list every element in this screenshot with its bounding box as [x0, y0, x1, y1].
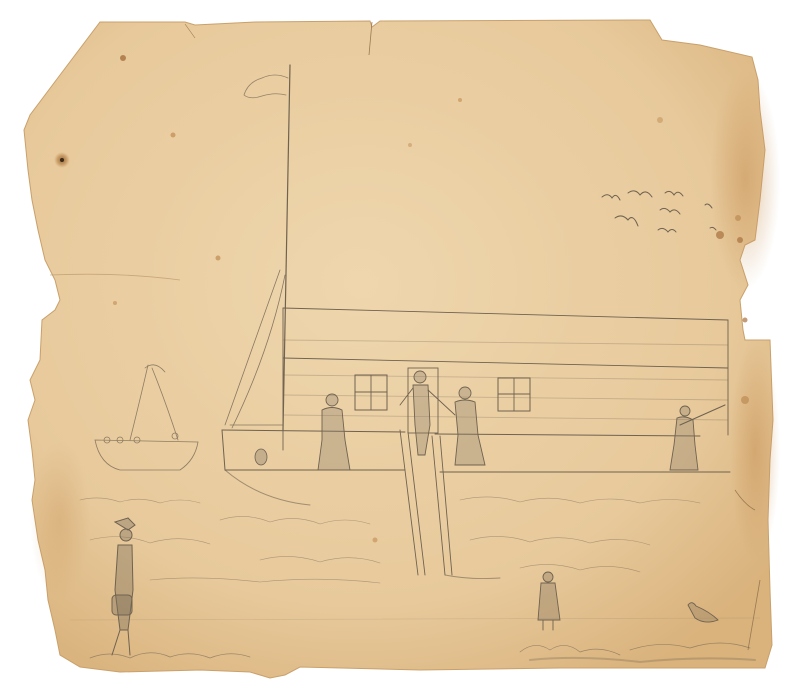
small-dog: [255, 449, 267, 465]
drawing-canvas: [0, 0, 800, 693]
paper-sheet: [24, 20, 780, 678]
